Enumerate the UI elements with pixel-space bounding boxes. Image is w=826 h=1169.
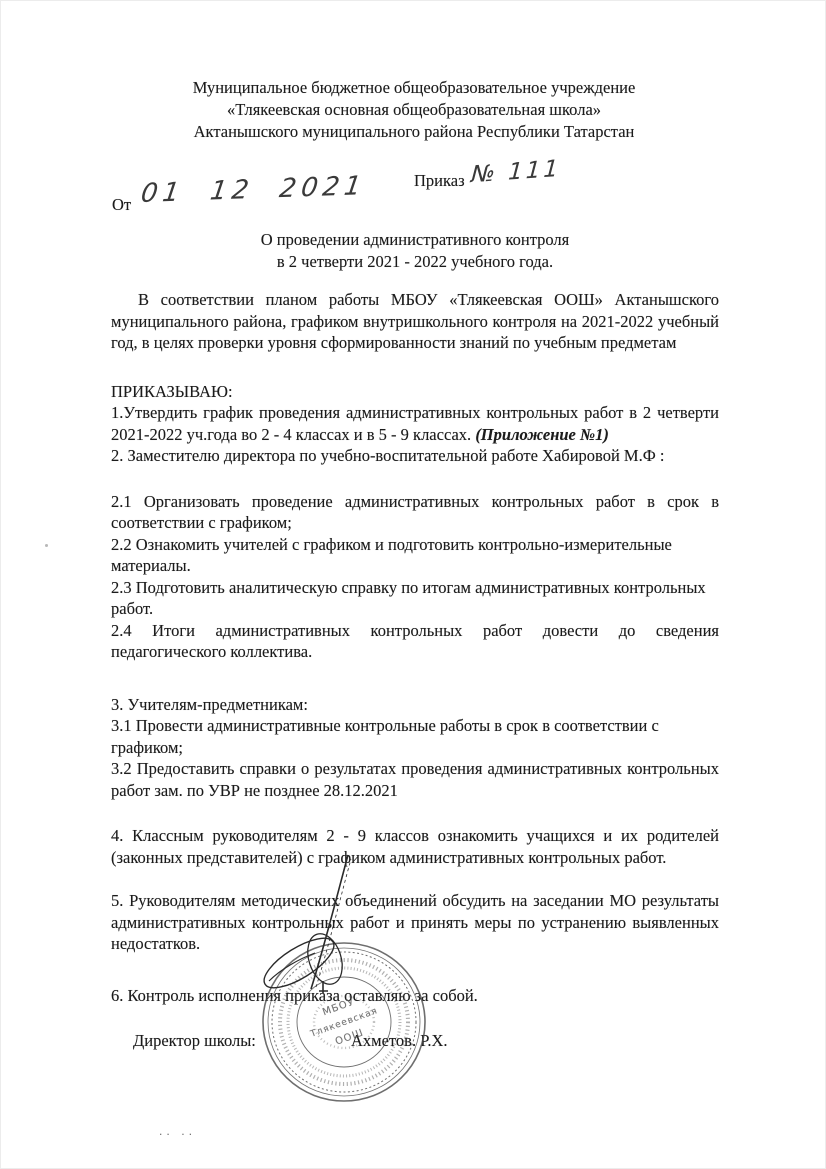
item-2: 2. Заместителю директора по учебно-воспи… [111, 445, 719, 467]
item-3: 3. Учителям-предметникам: [111, 694, 719, 716]
signature-role: Директор школы: [133, 1031, 256, 1050]
item-2-3: 2.3 Подготовить аналитическую справку по… [111, 577, 719, 620]
item-3-2: 3.2 Предоставить справки о результатах п… [111, 758, 719, 801]
item-1: 1.Утвердить график проведения администра… [111, 402, 719, 445]
signature-row: Директор школы: Ахметов. Р.Х. [111, 1030, 719, 1054]
document-body: О проведении административного контроля … [111, 229, 719, 1054]
item-4: 4. Классным руководителям 2 - 9 классов … [111, 825, 719, 868]
item-2-2: 2.2 Ознакомить учителей с графиком и под… [111, 534, 719, 577]
item-3-1: 3.1 Провести административные контрольны… [111, 715, 719, 758]
subject-title: О проведении административного контроля … [111, 229, 719, 273]
date-handwritten: 01 12 2021 [139, 171, 368, 209]
margin-scan-speck [45, 544, 48, 547]
intro-paragraph: В соответствии планом работы МБОУ «Тляке… [111, 289, 719, 354]
item-1-text: 1.Утвердить график проведения администра… [111, 403, 719, 444]
item-1-appendix: (Приложение №1) [475, 425, 609, 444]
date-label: От [112, 195, 131, 215]
subject-line-1: О проведении административного контроля [261, 230, 569, 249]
order-label: Приказ [414, 171, 465, 191]
order-number-handwritten: № 111 [470, 156, 562, 188]
scanned-order-document: Муниципальное бюджетное общеобразователь… [0, 0, 826, 1169]
header-line-1: Муниципальное бюджетное общеобразователь… [1, 77, 826, 99]
document-header: Муниципальное бюджетное общеобразователь… [1, 77, 826, 143]
item-6: 6. Контроль исполнения приказа оставляю … [111, 985, 719, 1007]
header-line-2: «Тлякеевская основная общеобразовательна… [1, 99, 826, 121]
item-2-4: 2.4 Итоги административных контрольных р… [111, 620, 719, 663]
subject-line-2: в 2 четверти 2021 - 2022 учебного года. [277, 252, 553, 271]
header-line-3: Актанышского муниципального района Респу… [1, 121, 826, 143]
directive-heading: ПРИКАЗЫВАЮ: [111, 381, 719, 403]
footer-scan-mark: .. .. [158, 1128, 195, 1138]
item-5: 5. Руководителям методических объединени… [111, 890, 719, 955]
item-2-1: 2.1 Организовать проведение администрати… [111, 491, 719, 534]
signature-name: Ахметов. Р.Х. [351, 1030, 448, 1052]
